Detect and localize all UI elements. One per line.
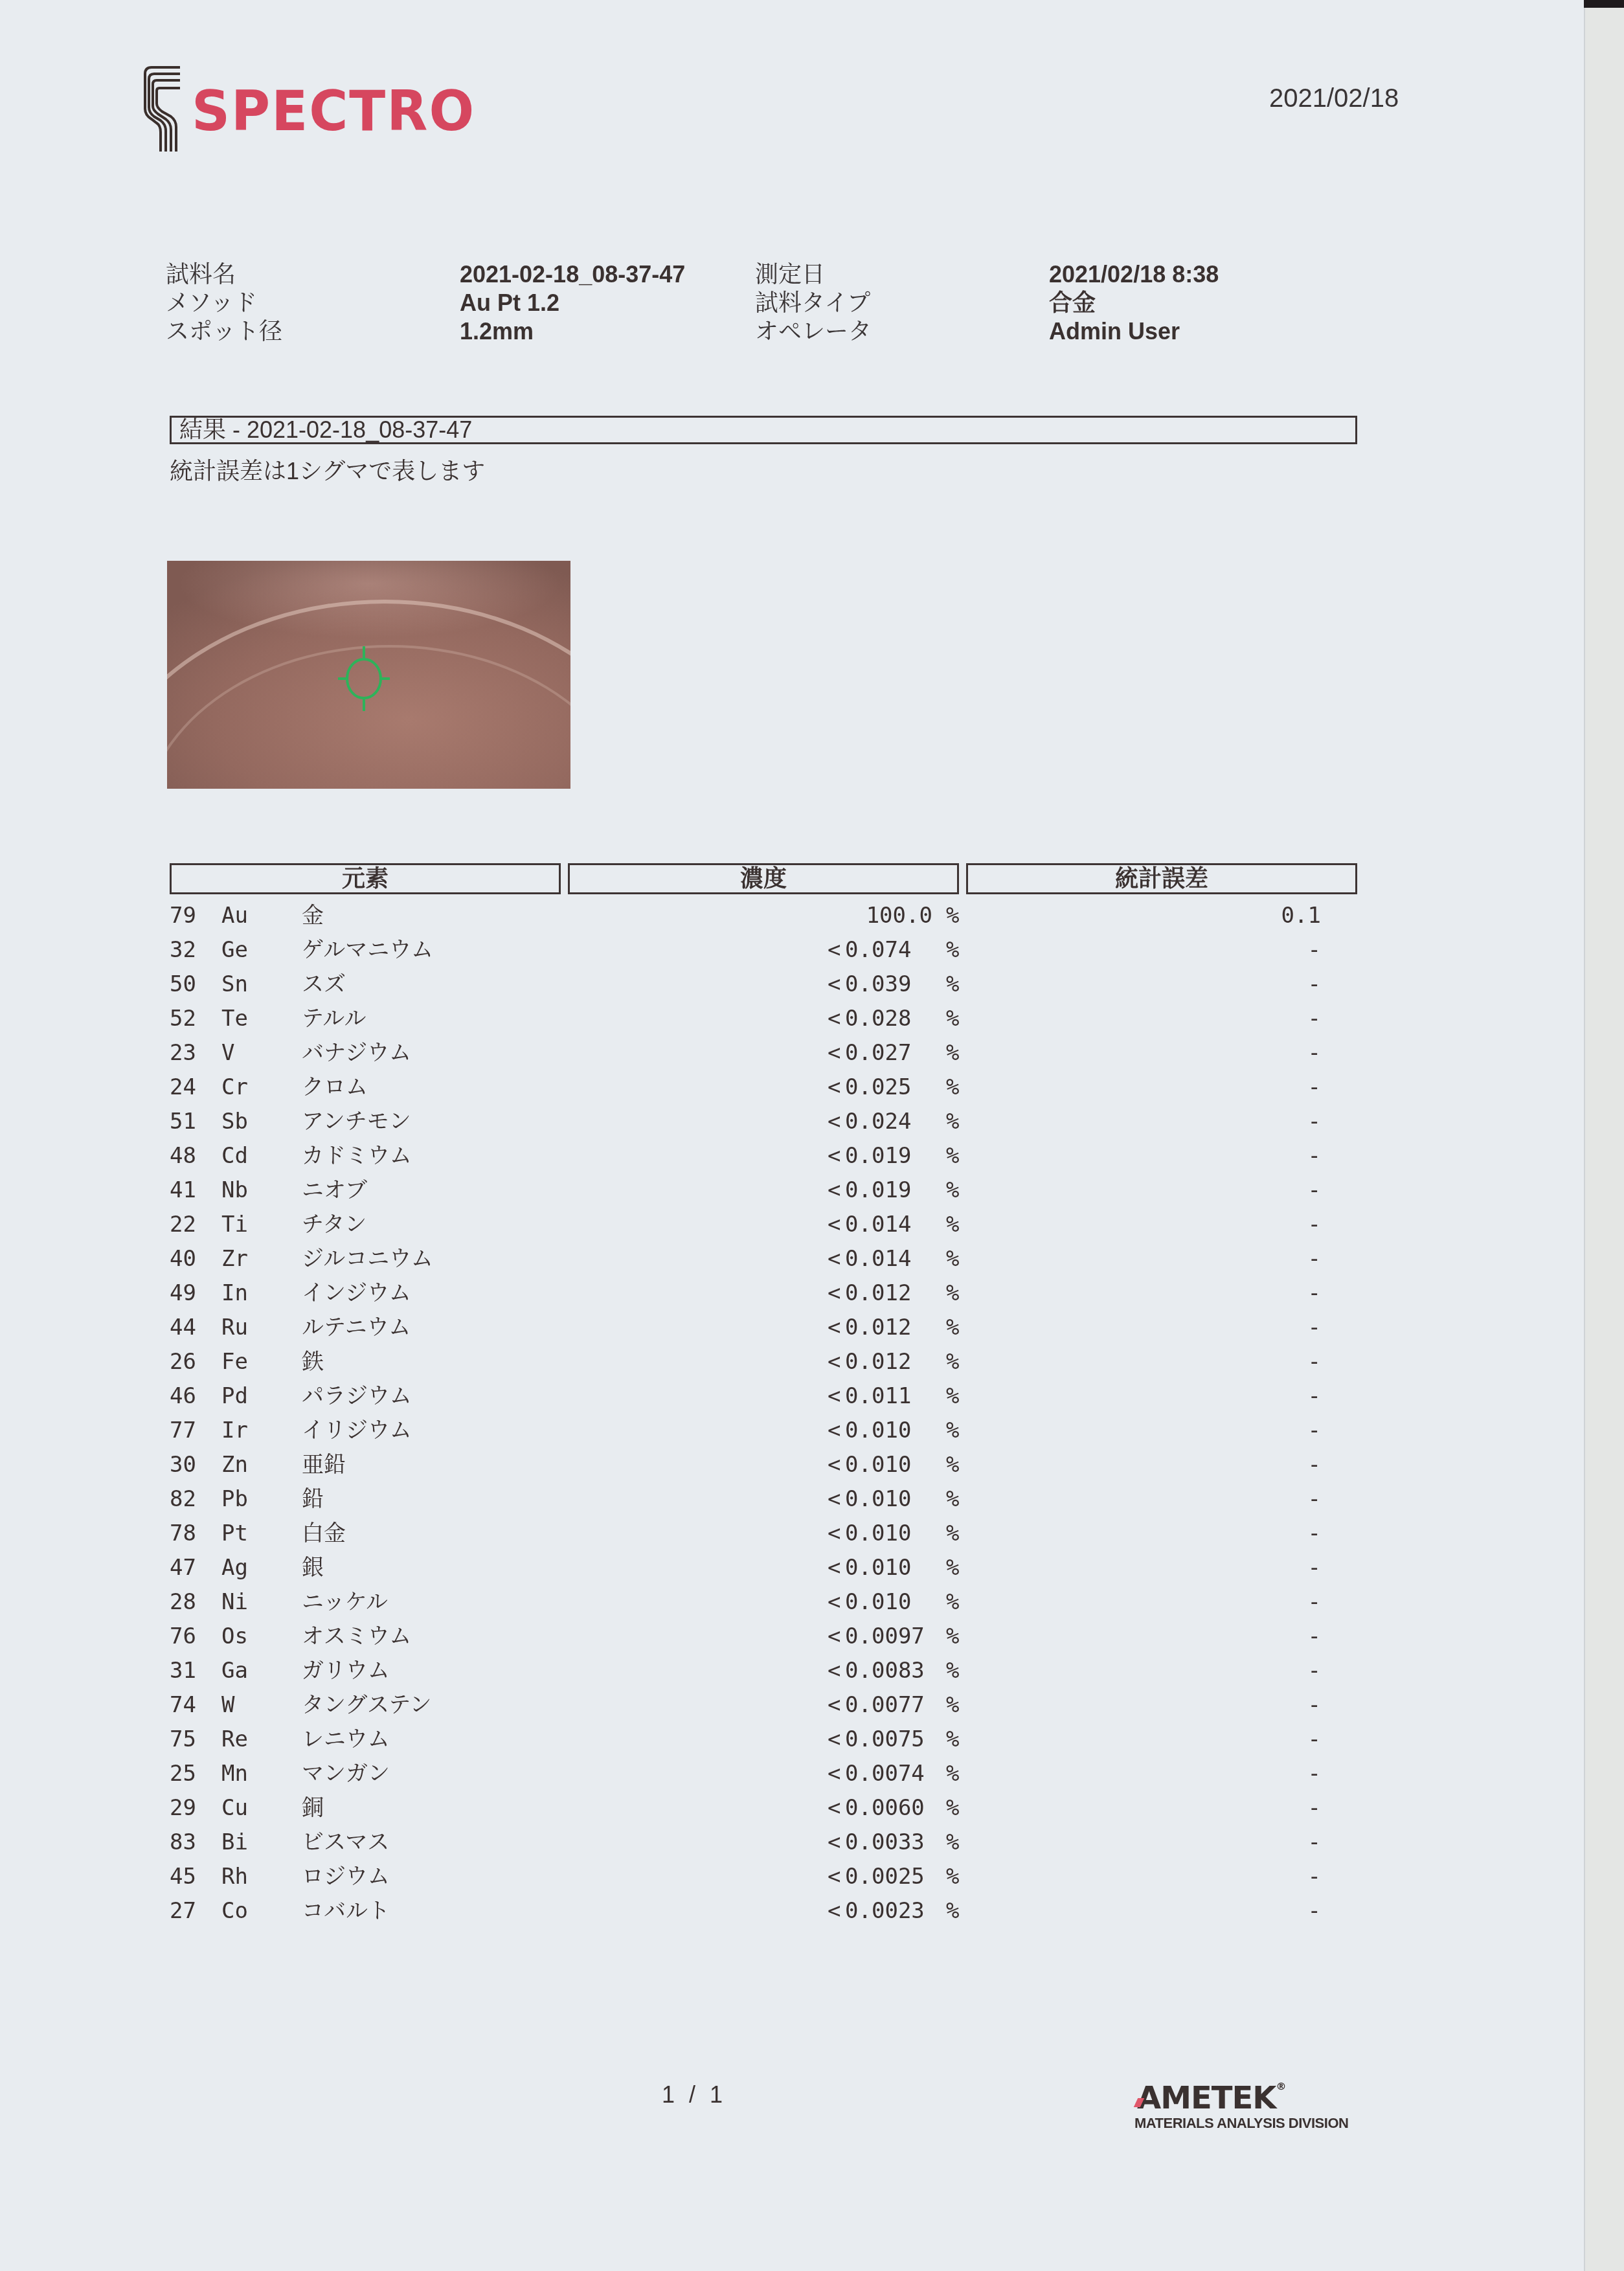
column-header-concentration: 濃度 bbox=[568, 863, 959, 894]
atomic-number: 83 bbox=[170, 1825, 196, 1860]
statistical-error: - bbox=[1230, 1448, 1321, 1482]
statistical-error: - bbox=[1230, 1620, 1321, 1654]
element-name: コバルト bbox=[302, 1894, 390, 1928]
statistical-error: 0.1 bbox=[1230, 899, 1321, 933]
concentration-value: 0.019 bbox=[845, 1173, 936, 1208]
less-than-sign: < bbox=[828, 1036, 840, 1070]
method-label: メソッド bbox=[166, 289, 282, 317]
atomic-number: 45 bbox=[170, 1860, 196, 1894]
element-symbol: Au bbox=[221, 899, 248, 933]
company-name: AMETEK bbox=[1137, 2080, 1276, 2116]
measure-date-value: 2021/02/18 8:38 bbox=[1049, 260, 1219, 289]
sample-photo bbox=[167, 561, 570, 789]
statistical-error: - bbox=[1230, 1070, 1321, 1105]
table-row: 51Sbアンチモン<0.024%- bbox=[0, 1105, 1584, 1139]
concentration-unit: % bbox=[946, 1311, 959, 1345]
measure-date-label: 測定日 bbox=[755, 260, 872, 289]
ametek-logo: AMETEK® MATERIALS ANALYSIS DIVISION bbox=[1134, 2080, 1368, 2132]
element-symbol: Os bbox=[221, 1620, 248, 1654]
element-symbol: V bbox=[221, 1036, 234, 1070]
atomic-number: 40 bbox=[170, 1242, 196, 1276]
less-than-sign: < bbox=[828, 1070, 840, 1105]
concentration-value: 0.025 bbox=[845, 1070, 936, 1105]
atomic-number: 32 bbox=[170, 933, 196, 967]
element-name: イリジウム bbox=[302, 1414, 412, 1448]
element-name: チタン bbox=[302, 1208, 367, 1242]
statistical-error: - bbox=[1230, 1242, 1321, 1276]
column-header-error: 統計誤差 bbox=[966, 863, 1357, 894]
less-than-sign: < bbox=[828, 1894, 840, 1928]
element-symbol: Pb bbox=[221, 1482, 248, 1517]
concentration-unit: % bbox=[946, 1173, 959, 1208]
concentration-value: 0.0077 bbox=[845, 1688, 936, 1723]
less-than-sign: < bbox=[828, 1757, 840, 1791]
element-name: カドミウム bbox=[302, 1139, 412, 1173]
sample-type-value: 合金 bbox=[1049, 289, 1219, 317]
concentration-value: 0.0074 bbox=[845, 1757, 936, 1791]
atomic-number: 27 bbox=[170, 1894, 196, 1928]
concentration-unit: % bbox=[946, 1139, 959, 1173]
table-row: 25Mnマンガン<0.0074%- bbox=[0, 1757, 1584, 1791]
statistical-error: - bbox=[1230, 1414, 1321, 1448]
concentration-value: 0.0033 bbox=[845, 1825, 936, 1860]
less-than-sign: < bbox=[828, 1276, 840, 1311]
less-than-sign: < bbox=[828, 1345, 840, 1379]
concentration-value: 100.0 bbox=[828, 899, 932, 933]
atomic-number: 75 bbox=[170, 1723, 196, 1757]
less-than-sign: < bbox=[828, 1620, 840, 1654]
concentration-unit: % bbox=[946, 1688, 959, 1723]
element-name: 亜鉛 bbox=[302, 1448, 346, 1482]
concentration-unit: % bbox=[946, 1825, 959, 1860]
concentration-value: 0.024 bbox=[845, 1105, 936, 1139]
statistical-error: - bbox=[1230, 1757, 1321, 1791]
concentration-unit: % bbox=[946, 933, 959, 967]
concentration-unit: % bbox=[946, 1070, 959, 1105]
less-than-sign: < bbox=[828, 1414, 840, 1448]
statistical-error: - bbox=[1230, 1688, 1321, 1723]
less-than-sign: < bbox=[828, 1139, 840, 1173]
statistical-error: - bbox=[1230, 1276, 1321, 1311]
table-row: 32Geゲルマニウム<0.074%- bbox=[0, 933, 1584, 967]
element-name: 鉄 bbox=[302, 1345, 324, 1379]
less-than-sign: < bbox=[828, 1448, 840, 1482]
element-name: マンガン bbox=[302, 1757, 390, 1791]
element-name: インジウム bbox=[302, 1276, 411, 1311]
table-row: 76Osオスミウム<0.0097%- bbox=[0, 1620, 1584, 1654]
atomic-number: 77 bbox=[170, 1414, 196, 1448]
sample-type-label: 試料タイプ bbox=[755, 289, 872, 317]
less-than-sign: < bbox=[828, 1173, 840, 1208]
element-table: 79Au金100.0%0.132Geゲルマニウム<0.074%-50Snスズ<0… bbox=[0, 899, 1584, 1928]
less-than-sign: < bbox=[828, 1311, 840, 1345]
table-row: 23Vバナジウム<0.027%- bbox=[0, 1036, 1584, 1070]
concentration-value: 0.011 bbox=[845, 1379, 936, 1414]
element-name: ジルコニウム bbox=[302, 1242, 433, 1276]
statistical-error: - bbox=[1230, 1105, 1321, 1139]
less-than-sign: < bbox=[828, 1585, 840, 1620]
element-name: ルテニウム bbox=[302, 1311, 411, 1345]
atomic-number: 74 bbox=[170, 1688, 196, 1723]
less-than-sign: < bbox=[828, 1242, 840, 1276]
element-symbol: Sb bbox=[221, 1105, 248, 1139]
statistical-error: - bbox=[1230, 1208, 1321, 1242]
registered-mark: ® bbox=[1276, 2080, 1285, 2092]
element-symbol: Ga bbox=[221, 1654, 248, 1688]
table-row: 82Pb鉛<0.010%- bbox=[0, 1482, 1584, 1517]
table-row: 31Gaガリウム<0.0083%- bbox=[0, 1654, 1584, 1688]
concentration-unit: % bbox=[946, 1448, 959, 1482]
sample-name-label: 試料名 bbox=[166, 260, 282, 289]
element-name: アンチモン bbox=[302, 1105, 411, 1139]
element-name: ニッケル bbox=[302, 1585, 388, 1620]
atomic-number: 22 bbox=[170, 1208, 196, 1242]
statistical-error: - bbox=[1230, 933, 1321, 967]
spectro-logo: SPECTRO bbox=[140, 63, 464, 154]
atomic-number: 49 bbox=[170, 1276, 196, 1311]
spot-size-label: スポット径 bbox=[166, 317, 282, 346]
less-than-sign: < bbox=[828, 1551, 840, 1585]
concentration-value: 0.010 bbox=[845, 1482, 936, 1517]
concentration-unit: % bbox=[946, 1482, 959, 1517]
atomic-number: 41 bbox=[170, 1173, 196, 1208]
atomic-number: 25 bbox=[170, 1757, 196, 1791]
concentration-unit: % bbox=[946, 899, 959, 933]
report-date: 2021/02/18 bbox=[1269, 84, 1399, 113]
concentration-unit: % bbox=[946, 1585, 959, 1620]
concentration-value: 0.0023 bbox=[845, 1894, 936, 1928]
statistical-error: - bbox=[1230, 1894, 1321, 1928]
element-name: ガリウム bbox=[302, 1654, 390, 1688]
table-row: 41Nbニオブ<0.019%- bbox=[0, 1173, 1584, 1208]
element-name: ニオブ bbox=[302, 1173, 367, 1208]
concentration-value: 0.0060 bbox=[845, 1791, 936, 1825]
element-symbol: Pt bbox=[221, 1517, 248, 1551]
atomic-number: 76 bbox=[170, 1620, 196, 1654]
concentration-unit: % bbox=[946, 1414, 959, 1448]
concentration-unit: % bbox=[946, 1894, 959, 1928]
less-than-sign: < bbox=[828, 1723, 840, 1757]
statistical-error: - bbox=[1230, 1173, 1321, 1208]
division-name: MATERIALS ANALYSIS DIVISION bbox=[1134, 2115, 1368, 2132]
statistical-error: - bbox=[1230, 1036, 1321, 1070]
concentration-value: 0.028 bbox=[845, 1002, 936, 1036]
element-name: 銅 bbox=[302, 1791, 324, 1825]
brand-name: SPECTRO bbox=[192, 79, 475, 144]
element-name: 金 bbox=[302, 899, 324, 933]
table-row: 45Rhロジウム<0.0025%- bbox=[0, 1860, 1584, 1894]
concentration-value: 0.010 bbox=[845, 1585, 936, 1620]
table-row: 77Irイリジウム<0.010%- bbox=[0, 1414, 1584, 1448]
concentration-value: 0.010 bbox=[845, 1414, 936, 1448]
table-row: 52Teテルル<0.028%- bbox=[0, 1002, 1584, 1036]
element-symbol: Zr bbox=[221, 1242, 248, 1276]
atomic-number: 24 bbox=[170, 1070, 196, 1105]
concentration-value: 0.027 bbox=[845, 1036, 936, 1070]
concentration-unit: % bbox=[946, 1723, 959, 1757]
concentration-value: 0.0075 bbox=[845, 1723, 936, 1757]
table-row: 24Crクロム<0.025%- bbox=[0, 1070, 1584, 1105]
element-symbol: Cu bbox=[221, 1791, 248, 1825]
atomic-number: 52 bbox=[170, 1002, 196, 1036]
statistical-error: - bbox=[1230, 1860, 1321, 1894]
atomic-number: 48 bbox=[170, 1139, 196, 1173]
element-name: バナジウム bbox=[302, 1036, 411, 1070]
operator-value: Admin User bbox=[1049, 317, 1219, 346]
concentration-value: 0.0025 bbox=[845, 1860, 936, 1894]
statistical-error: - bbox=[1230, 1139, 1321, 1173]
element-name: パラジウム bbox=[302, 1379, 412, 1414]
concentration-unit: % bbox=[946, 1654, 959, 1688]
atomic-number: 29 bbox=[170, 1791, 196, 1825]
element-symbol: Sn bbox=[221, 967, 248, 1002]
table-row: 29Cu銅<0.0060%- bbox=[0, 1791, 1584, 1825]
element-name: レニウム bbox=[302, 1723, 390, 1757]
concentration-unit: % bbox=[946, 1791, 959, 1825]
table-row: 74Wタングステン<0.0077%- bbox=[0, 1688, 1584, 1723]
element-symbol: Co bbox=[221, 1894, 248, 1928]
element-name: ロジウム bbox=[302, 1860, 390, 1894]
statistical-error: - bbox=[1230, 1825, 1321, 1860]
statistical-error: - bbox=[1230, 1379, 1321, 1414]
spectro-lines-icon bbox=[140, 63, 185, 154]
element-symbol: Bi bbox=[221, 1825, 248, 1860]
concentration-value: 0.0083 bbox=[845, 1654, 936, 1688]
concentration-value: 0.0097 bbox=[845, 1620, 936, 1654]
concentration-unit: % bbox=[946, 1002, 959, 1036]
atomic-number: 82 bbox=[170, 1482, 196, 1517]
element-name: 鉛 bbox=[302, 1482, 324, 1517]
info-values-left: 2021-02-18_08-37-47 Au Pt 1.2 1.2mm bbox=[460, 260, 685, 346]
less-than-sign: < bbox=[828, 1654, 840, 1688]
statistical-error: - bbox=[1230, 1654, 1321, 1688]
less-than-sign: < bbox=[828, 1825, 840, 1860]
less-than-sign: < bbox=[828, 1517, 840, 1551]
element-symbol: Re bbox=[221, 1723, 248, 1757]
statistical-error: - bbox=[1230, 1551, 1321, 1585]
operator-label: オペレータ bbox=[755, 317, 872, 346]
element-name: タングステン bbox=[302, 1688, 432, 1723]
scan-edge bbox=[1584, 0, 1624, 2271]
atomic-number: 31 bbox=[170, 1654, 196, 1688]
concentration-value: 0.014 bbox=[845, 1242, 936, 1276]
element-symbol: Ti bbox=[221, 1208, 248, 1242]
statistical-error: - bbox=[1230, 1311, 1321, 1345]
element-symbol: In bbox=[221, 1276, 248, 1311]
element-name: オスミウム bbox=[302, 1620, 411, 1654]
element-symbol: Ru bbox=[221, 1311, 248, 1345]
concentration-unit: % bbox=[946, 1551, 959, 1585]
info-labels-left: 試料名 メソッド スポット径 bbox=[166, 260, 282, 346]
method-value: Au Pt 1.2 bbox=[460, 289, 685, 317]
table-row: 50Snスズ<0.039%- bbox=[0, 967, 1584, 1002]
table-row: 49Inインジウム<0.012%- bbox=[0, 1276, 1584, 1311]
element-symbol: Zn bbox=[221, 1448, 248, 1482]
element-name: 白金 bbox=[302, 1517, 346, 1551]
concentration-value: 0.010 bbox=[845, 1448, 936, 1482]
atomic-number: 46 bbox=[170, 1379, 196, 1414]
element-name: スズ bbox=[302, 967, 346, 1002]
concentration-value: 0.039 bbox=[845, 967, 936, 1002]
concentration-value: 0.010 bbox=[845, 1551, 936, 1585]
column-header-element: 元素 bbox=[170, 863, 561, 894]
scan-edge-bar bbox=[1584, 0, 1624, 8]
table-row: 75Reレニウム<0.0075%- bbox=[0, 1723, 1584, 1757]
element-symbol: Te bbox=[221, 1002, 248, 1036]
concentration-unit: % bbox=[946, 1620, 959, 1654]
statistical-error: - bbox=[1230, 967, 1321, 1002]
concentration-unit: % bbox=[946, 1379, 959, 1414]
element-symbol: Mn bbox=[221, 1757, 248, 1791]
table-row: 78Pt白金<0.010%- bbox=[0, 1517, 1584, 1551]
statistical-error: - bbox=[1230, 1723, 1321, 1757]
element-symbol: Nb bbox=[221, 1173, 248, 1208]
concentration-value: 0.074 bbox=[845, 933, 936, 967]
table-row: 30Zn亜鉛<0.010%- bbox=[0, 1448, 1584, 1482]
element-name: 銀 bbox=[302, 1551, 324, 1585]
element-symbol: Ge bbox=[221, 933, 248, 967]
table-row: 48Cdカドミウム<0.019%- bbox=[0, 1139, 1584, 1173]
less-than-sign: < bbox=[828, 1482, 840, 1517]
concentration-value: 0.012 bbox=[845, 1311, 936, 1345]
element-symbol: Ni bbox=[221, 1585, 248, 1620]
crosshair-icon bbox=[337, 645, 391, 712]
less-than-sign: < bbox=[828, 967, 840, 1002]
less-than-sign: < bbox=[828, 1791, 840, 1825]
spot-size-value: 1.2mm bbox=[460, 317, 685, 346]
atomic-number: 30 bbox=[170, 1448, 196, 1482]
table-row: 27Coコバルト<0.0023%- bbox=[0, 1894, 1584, 1928]
concentration-unit: % bbox=[946, 1105, 959, 1139]
atomic-number: 47 bbox=[170, 1551, 196, 1585]
sample-name-value: 2021-02-18_08-37-47 bbox=[460, 260, 685, 289]
atomic-number: 26 bbox=[170, 1345, 196, 1379]
atomic-number: 78 bbox=[170, 1517, 196, 1551]
statistical-error: - bbox=[1230, 1345, 1321, 1379]
concentration-unit: % bbox=[946, 1036, 959, 1070]
info-labels-right: 測定日 試料タイプ オペレータ bbox=[755, 260, 872, 346]
concentration-unit: % bbox=[946, 1757, 959, 1791]
page-number: 1 / 1 bbox=[662, 2081, 727, 2108]
element-symbol: W bbox=[221, 1688, 234, 1723]
sigma-note: 統計誤差は1シグマで表します bbox=[170, 453, 485, 486]
element-symbol: Ir bbox=[221, 1414, 248, 1448]
less-than-sign: < bbox=[828, 1379, 840, 1414]
ametek-wordmark: AMETEK® bbox=[1134, 2080, 1368, 2116]
concentration-unit: % bbox=[946, 1345, 959, 1379]
table-row: 44Ruルテニウム<0.012%- bbox=[0, 1311, 1584, 1345]
element-name: ゲルマニウム bbox=[302, 933, 433, 967]
results-title: 結果 - 2021-02-18_08-37-47 bbox=[170, 416, 1357, 444]
element-symbol: Pd bbox=[221, 1379, 248, 1414]
less-than-sign: < bbox=[828, 1208, 840, 1242]
info-values-right: 2021/02/18 8:38 合金 Admin User bbox=[1049, 260, 1219, 346]
concentration-value: 0.014 bbox=[845, 1208, 936, 1242]
atomic-number: 23 bbox=[170, 1036, 196, 1070]
concentration-unit: % bbox=[946, 967, 959, 1002]
statistical-error: - bbox=[1230, 1791, 1321, 1825]
less-than-sign: < bbox=[828, 1105, 840, 1139]
table-row: 83Biビスマス<0.0033%- bbox=[0, 1825, 1584, 1860]
element-name: ビスマス bbox=[302, 1825, 389, 1860]
concentration-value: 0.019 bbox=[845, 1139, 936, 1173]
concentration-value: 0.010 bbox=[845, 1517, 936, 1551]
element-symbol: Ag bbox=[221, 1551, 248, 1585]
less-than-sign: < bbox=[828, 1860, 840, 1894]
concentration-unit: % bbox=[946, 1276, 959, 1311]
concentration-unit: % bbox=[946, 1860, 959, 1894]
less-than-sign: < bbox=[828, 1002, 840, 1036]
atomic-number: 28 bbox=[170, 1585, 196, 1620]
table-row: 40Zrジルコニウム<0.014%- bbox=[0, 1242, 1584, 1276]
element-symbol: Fe bbox=[221, 1345, 248, 1379]
table-row: 79Au金100.0%0.1 bbox=[0, 899, 1584, 933]
table-row: 26Fe鉄<0.012%- bbox=[0, 1345, 1584, 1379]
statistical-error: - bbox=[1230, 1002, 1321, 1036]
statistical-error: - bbox=[1230, 1585, 1321, 1620]
atomic-number: 50 bbox=[170, 967, 196, 1002]
less-than-sign: < bbox=[828, 1688, 840, 1723]
element-name: クロム bbox=[302, 1070, 368, 1105]
table-row: 46Pdパラジウム<0.011%- bbox=[0, 1379, 1584, 1414]
statistical-error: - bbox=[1230, 1482, 1321, 1517]
table-row: 28Niニッケル<0.010%- bbox=[0, 1585, 1584, 1620]
atomic-number: 79 bbox=[170, 899, 196, 933]
statistical-error: - bbox=[1230, 1517, 1321, 1551]
concentration-unit: % bbox=[946, 1242, 959, 1276]
element-symbol: Cr bbox=[221, 1070, 248, 1105]
less-than-sign: < bbox=[828, 933, 840, 967]
concentration-unit: % bbox=[946, 1517, 959, 1551]
table-row: 22Tiチタン<0.014%- bbox=[0, 1208, 1584, 1242]
concentration-unit: % bbox=[946, 1208, 959, 1242]
concentration-value: 0.012 bbox=[845, 1276, 936, 1311]
atomic-number: 44 bbox=[170, 1311, 196, 1345]
element-name: テルル bbox=[302, 1002, 366, 1036]
concentration-value: 0.012 bbox=[845, 1345, 936, 1379]
element-symbol: Rh bbox=[221, 1860, 248, 1894]
table-row: 47Ag銀<0.010%- bbox=[0, 1551, 1584, 1585]
element-symbol: Cd bbox=[221, 1139, 248, 1173]
atomic-number: 51 bbox=[170, 1105, 196, 1139]
